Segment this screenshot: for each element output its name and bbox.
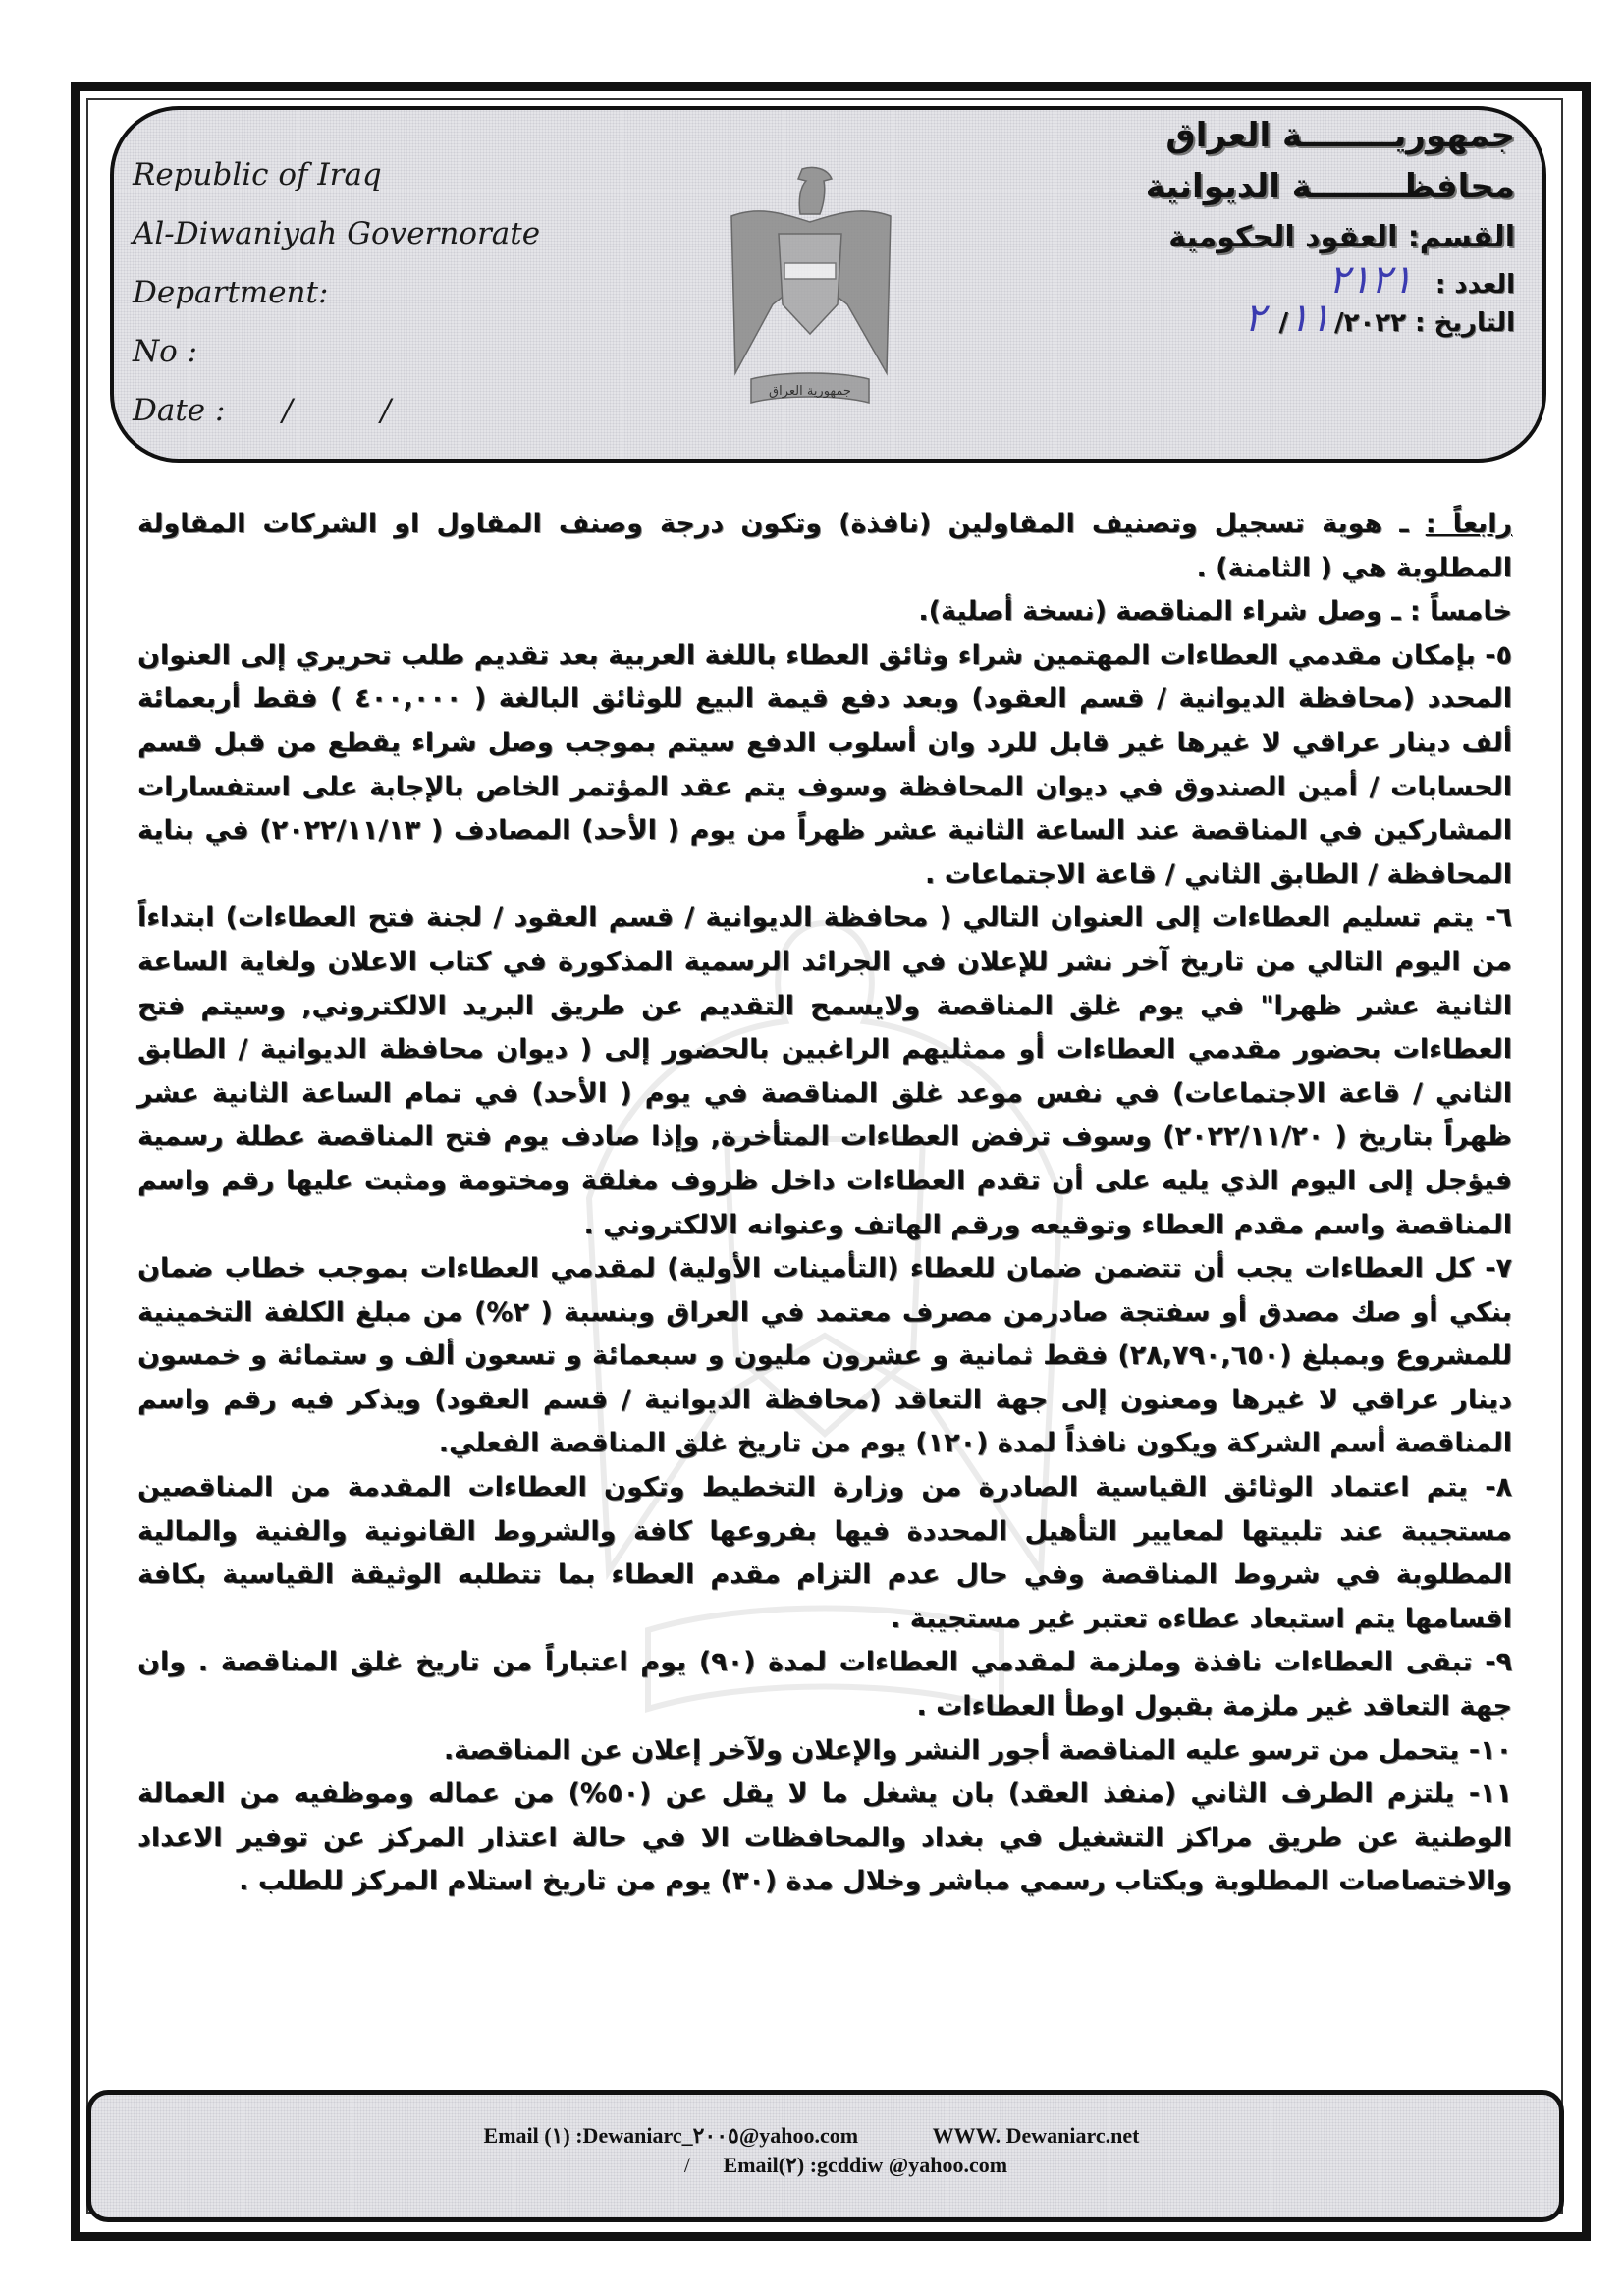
paragraph-fifth: خامساً : ـ وصل شراء المناقصة (نسخة أصلية… bbox=[137, 590, 1512, 634]
paragraph-label: ١١- bbox=[1469, 1778, 1512, 1809]
footer-email-1[interactable]: Email (١) :Dewaniarc_٢٠٠٥@yahoo.com bbox=[484, 2123, 859, 2148]
english-country: Republic of Iraq bbox=[133, 145, 540, 204]
iraq-emblem-icon: جمهورية العراق bbox=[722, 157, 898, 422]
paragraph-label: ٩- bbox=[1485, 1647, 1512, 1677]
paragraph-fourth: رابعاً : ـ هوية تسجيل وتصنيف المقاولين (… bbox=[137, 503, 1512, 590]
emblem-banner: جمهورية العراق bbox=[769, 384, 851, 399]
english-department-label: Department: bbox=[133, 263, 540, 322]
paragraph-item-11: ١١- يلتزم الطرف الثاني (منفذ العقد) بان … bbox=[137, 1773, 1512, 1904]
paragraph-text: كل العطاءات يجب أن تتضمن ضمان للعطاء (ال… bbox=[137, 1253, 1512, 1458]
arabic-date-year: ٢٠٢٢ bbox=[1343, 308, 1405, 338]
paragraph-item-8: ٨- يتم اعتماد الوثائق القياسية الصادرة م… bbox=[137, 1466, 1512, 1641]
paragraph-label: ٦- bbox=[1485, 902, 1512, 933]
footer-separator: / bbox=[684, 2153, 690, 2177]
english-governorate: Al-Diwaniyah Governorate bbox=[133, 204, 540, 263]
footer-website-link[interactable]: WWW. Dewaniarc.net bbox=[933, 2123, 1140, 2148]
handwritten-date-day: ٢ bbox=[1244, 296, 1265, 341]
arabic-country: جمهوريــــــــة العراق bbox=[1146, 110, 1515, 161]
english-date-slashes: / / bbox=[282, 393, 430, 428]
arabic-department: القسم: العقود الحكومية bbox=[1146, 212, 1515, 263]
english-date-label: Date : bbox=[133, 393, 225, 428]
arabic-date-row: التاريخ : ٢/١١/٢٠٢٢ bbox=[1146, 301, 1515, 340]
paragraph-label: ١٠- bbox=[1469, 1735, 1512, 1766]
paragraph-text: ـ وصل شراء المناقصة (نسخة أصلية). bbox=[918, 596, 1409, 627]
arabic-governorate: محافظــــــــة الديوانية bbox=[1146, 161, 1515, 212]
handwritten-number: ٢١٢١ bbox=[1328, 257, 1413, 302]
footer-row-2: / Email(٢) :gcddiw @yahoo.com bbox=[0, 2151, 1623, 2180]
paragraph-item-9: ٩- تبقى العطاءات نافذة وملزمة لمقدمي الع… bbox=[137, 1641, 1512, 1728]
paragraph-label: ٨- bbox=[1485, 1472, 1512, 1503]
letterhead-arabic: جمهوريــــــــة العراق محافظــــــــة ال… bbox=[1146, 110, 1515, 340]
footer-row-1: Email (١) :Dewaniarc_٢٠٠٥@yahoo.com WWW.… bbox=[0, 2121, 1623, 2151]
paragraph-text: ـ هوية تسجيل وتصنيف المقاولين (نافذة) وت… bbox=[137, 509, 1512, 583]
paragraph-label: ٧- bbox=[1485, 1253, 1512, 1284]
paragraph-item-6: ٦- يتم تسليم العطاءات إلى العنوان التالي… bbox=[137, 897, 1512, 1247]
paragraph-label: رابعاً : bbox=[1426, 509, 1512, 539]
date-sep-1: / bbox=[1279, 308, 1289, 338]
paragraph-text: تبقى العطاءات نافذة وملزمة لمقدمي العطاء… bbox=[137, 1647, 1512, 1722]
english-number-label: No : bbox=[133, 322, 540, 381]
paragraph-item-10: ١٠- يتحمل من ترسو عليه المناقصة أجور الن… bbox=[137, 1729, 1512, 1774]
arabic-number-label: العدد : bbox=[1435, 270, 1515, 300]
letterhead-english: Republic of Iraq Al-Diwaniyah Governorat… bbox=[133, 145, 540, 440]
paragraph-label: خامساً : bbox=[1410, 596, 1512, 627]
english-date-row: Date : / / bbox=[133, 381, 540, 440]
arabic-date-label: التاريخ : bbox=[1415, 308, 1515, 338]
paragraph-text: بإمكان مقدمي العطاءات المهتمين شراء وثائ… bbox=[137, 640, 1512, 890]
paragraph-text: يتحمل من ترسو عليه المناقصة أجور النشر و… bbox=[444, 1735, 1469, 1766]
footer-email-2[interactable]: Email(٢) :gcddiw @yahoo.com bbox=[724, 2153, 1008, 2177]
paragraph-item-7: ٧- كل العطاءات يجب أن تتضمن ضمان للعطاء … bbox=[137, 1247, 1512, 1466]
paragraph-item-5: ٥- بإمكان مقدمي العطاءات المهتمين شراء و… bbox=[137, 634, 1512, 898]
handwritten-date-month: ١١ bbox=[1288, 296, 1330, 341]
paragraph-text: يتم تسليم العطاءات إلى العنوان التالي ( … bbox=[137, 902, 1512, 1239]
footer-contact: Email (١) :Dewaniarc_٢٠٠٥@yahoo.com WWW.… bbox=[0, 2121, 1623, 2180]
paragraph-text: يتم اعتماد الوثائق القياسية الصادرة من و… bbox=[137, 1472, 1512, 1634]
document-body: رابعاً : ـ هوية تسجيل وتصنيف المقاولين (… bbox=[137, 503, 1512, 1904]
paragraph-label: ٥- bbox=[1485, 640, 1512, 671]
paragraph-text: يلتزم الطرف الثاني (منفذ العقد) بان يشغل… bbox=[137, 1778, 1512, 1896]
